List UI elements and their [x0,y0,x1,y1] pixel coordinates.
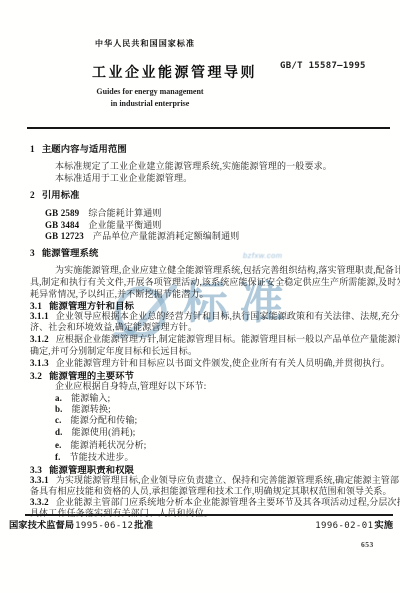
paragraph-line: 本标准适用于工业企业能源管理。 [55,171,192,184]
section-title: 主题内容与适用范围 [42,145,127,155]
section-title: 能源管理系统 [42,249,99,259]
clause-number: 3.1.2 [30,334,49,344]
clause-text: 企业能源管理方针和目标应以书面文件颁发,使企业所有有关人员明确,并贯彻执行。 [56,358,390,368]
section-number: 1 [30,145,35,155]
standard-document-page: bzfxw.com 标准 中华人民共和国国家标准 工业企业能源管理导则 GB/T… [0,0,400,593]
implementation-label: 实施 [374,521,393,531]
section-1-heading: 1主题内容与适用范围 [30,141,127,155]
header-rule [27,127,390,129]
list-item: d.能源使用(消耗); [55,425,135,438]
section-title: 引用标准 [42,191,80,201]
list-text: 能源消耗状况分析; [71,440,147,450]
reference-name: 综合能耗计算通则 [88,208,161,218]
section-number: 3 [30,249,35,259]
implementation-statement: 1996-02-01实施 [314,517,393,531]
reference-name: 产品单位产量能源消耗定额编制通则 [93,231,239,241]
list-text: 能源分配和传输; [71,415,138,425]
list-marker: d. [55,427,63,437]
page-number: 653 [361,540,374,549]
section-2-heading: 2引用标准 [30,187,80,201]
section-number: 2 [30,191,35,201]
clause-number: 3.1.3 [30,358,49,368]
footer-rule [25,514,393,516]
implementation-date: 1996-02-01 [315,521,373,531]
approval-agency: 国家技术监督局 [9,521,74,531]
reference-item: GB 12723产品单位产量能源消耗定额编制通则 [45,229,239,242]
document-title: 工业企业能源管理导则 [92,62,257,82]
approval-statement: 国家技术监督局1995-06-12批准 [9,517,153,531]
approval-date: 1995-06-12 [75,521,133,531]
approval-label: 批准 [134,521,153,531]
reference-code: GB 2589 [45,208,79,218]
standard-code: GB/T 15587—1995 [280,61,366,71]
english-title-line2: in industrial enterprise [60,99,240,108]
clause-text: 应根据企业能源管理方针,制定能源管理目标。能源管理目标一般以产品单位产量能源消耗… [56,334,400,344]
national-standard-label: 中华人民共和国国家标准 [95,38,195,49]
reference-code: GB 12723 [45,231,84,241]
watermark-small-text: bzfxw.com [243,251,283,260]
list-text: 节能技术进步。 [70,452,134,462]
list-text: 能源使用(消耗); [72,427,136,437]
list-marker: e. [55,440,62,450]
section-3-heading: 3能源管理系统 [30,245,99,259]
english-title-line1: Guides for energy management [60,87,240,96]
list-marker: f. [55,452,61,462]
section-number: 3.2 [30,372,42,382]
list-marker: c. [55,415,62,425]
